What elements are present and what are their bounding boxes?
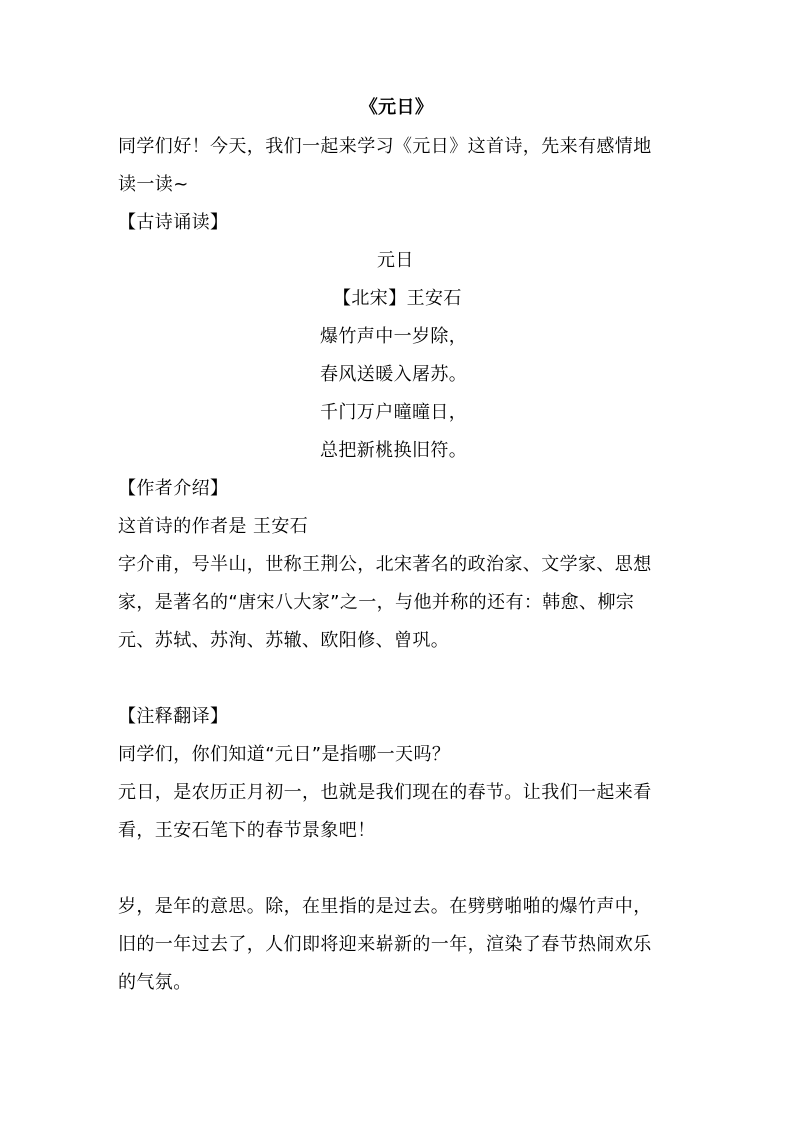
section-heading-annotation: 【注释翻译】: [118, 705, 228, 729]
poem-verse-1: 爆竹声中一岁除，: [320, 325, 467, 349]
explanation-line-3: 的气氛。: [118, 971, 192, 995]
intro-line-2: 读一读~: [118, 173, 189, 197]
explanation-line-2: 旧的一年过去了，人们即将迎来崭新的一年，渲染了春节热闹欢乐: [118, 933, 652, 957]
annotation-answer-line-1: 元日，是农历正月初一，也就是我们现在的春节。让我们一起来看: [118, 781, 652, 805]
section-heading-recite: 【古诗诵读】: [118, 211, 228, 235]
poem-verse-2: 春风送暖入屠苏。: [320, 363, 467, 387]
annotation-question: 同学们，你们知道“元日”是指哪一天吗？: [118, 743, 450, 767]
author-para-line-1: 字介甫，号半山，世称王荆公，北宋著名的政治家、文学家、思想: [118, 553, 652, 577]
poem-verse-3: 千门万户曈曈日，: [320, 401, 467, 425]
poem-title: 元日: [377, 249, 414, 273]
author-line: 这首诗的作者是 王安石: [118, 515, 308, 539]
poem-author: 【北宋】王安石: [333, 287, 462, 311]
author-para-line-3: 元、苏轼、苏洵、苏辙、欧阳修、曾巩。: [118, 629, 449, 653]
document-page: 《元日》 同学们好！今天，我们一起来学习《元日》这首诗，先来有感情地 读一读~ …: [0, 0, 793, 1123]
section-heading-author: 【作者介绍】: [118, 477, 228, 501]
author-para-line-2: 家，是著名的“唐宋八大家”之一，与他并称的还有：韩愈、柳宗: [118, 591, 634, 615]
intro-line-1: 同学们好！今天，我们一起来学习《元日》这首诗，先来有感情地: [118, 135, 652, 159]
poem-verse-4: 总把新桃换旧符。: [320, 439, 467, 463]
explanation-line-1: 岁，是年的意思。除，在里指的是过去。在劈劈啪啪的爆竹声中，: [118, 895, 652, 919]
annotation-answer-line-2: 看，王安石笔下的春节景象吧！: [118, 819, 376, 843]
document-title: 《元日》: [0, 96, 793, 120]
